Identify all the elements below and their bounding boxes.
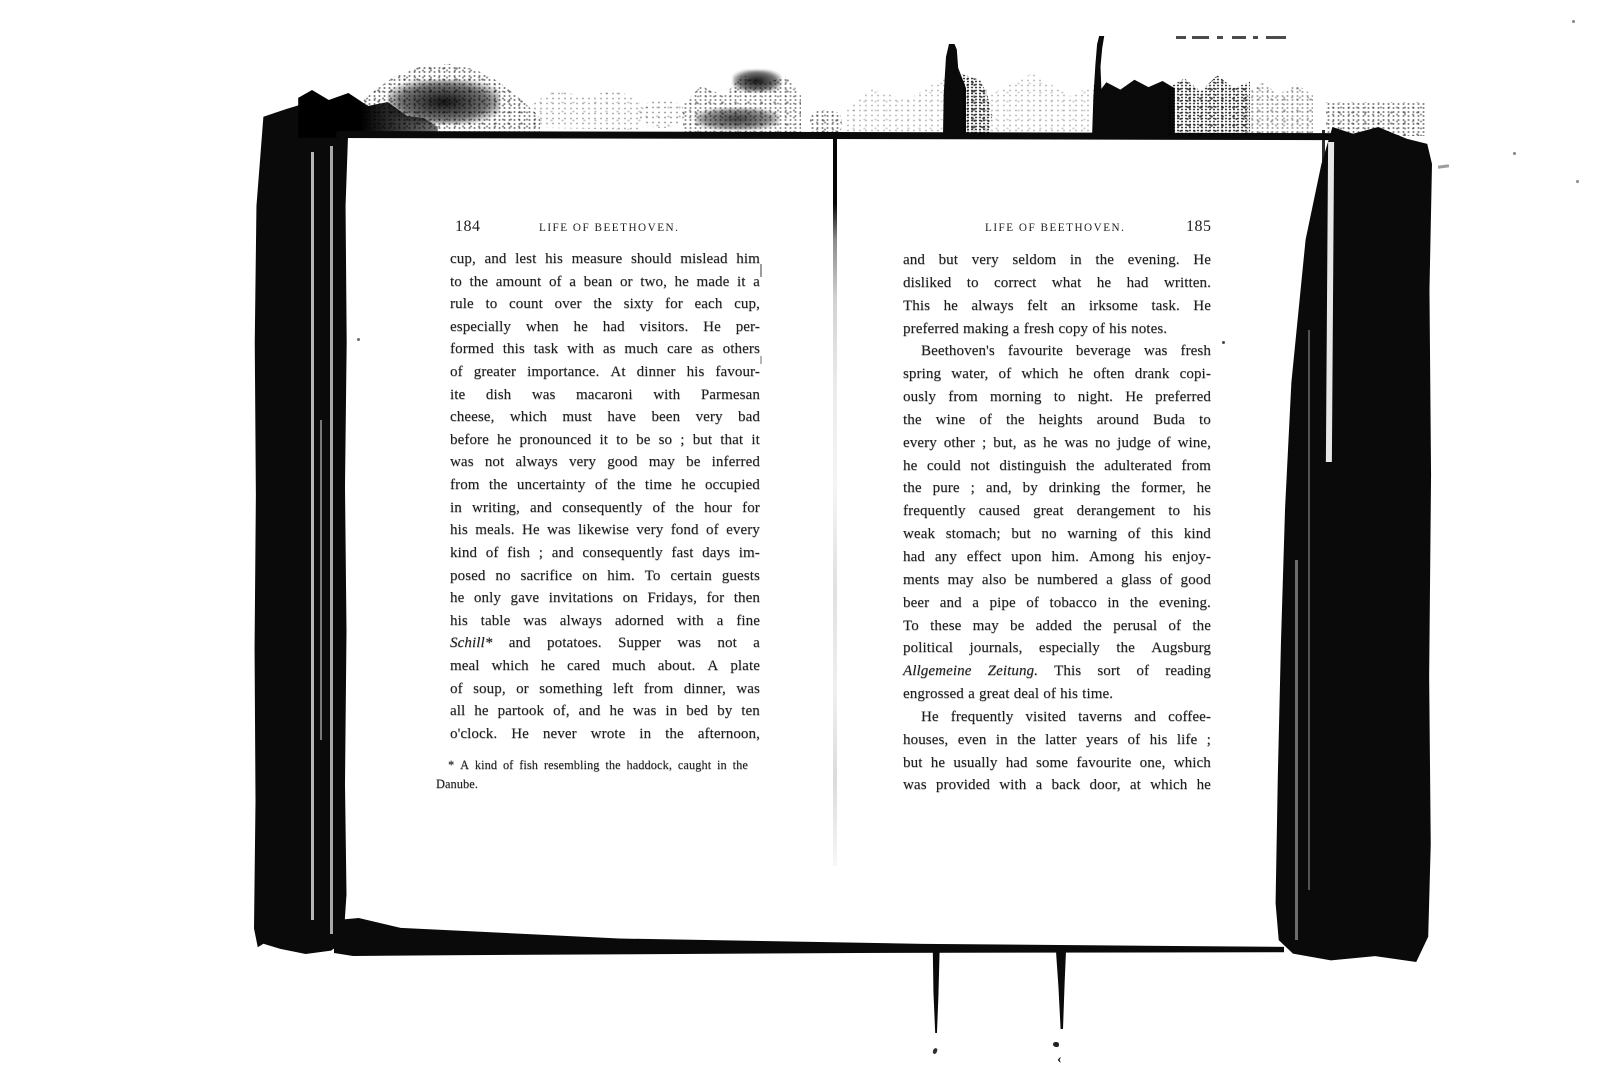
- ink-blot-right-book-edge: [1274, 122, 1432, 962]
- ink-speck: [932, 1048, 938, 1055]
- text-line: Thishealwaysfeltanirksometask.He: [903, 298, 1211, 321]
- ink-speck: [760, 356, 762, 364]
- text-line: Tothesemaybeaddedtheperusalofthe: [903, 618, 1211, 641]
- text-line: Danube.: [436, 777, 748, 796]
- text-line: Beethoven'sfavouritebeveragewasfresh: [903, 343, 1211, 366]
- text-line: hecouldnotdistinguishtheadulteratedfrom: [903, 458, 1211, 481]
- left-page-body: cup,andlesthismeasureshouldmisleadhimtot…: [450, 251, 760, 748]
- text-line: wasnotalwaysverygoodmaybeinferred: [450, 454, 760, 477]
- text-line: mealwhichhecaredmuchabout.Aplate: [450, 658, 760, 681]
- ink-speck: [1576, 180, 1579, 183]
- text-line: itedishwasmacaroniwithParmesan: [450, 387, 760, 410]
- page-edge-streak: [1295, 560, 1298, 940]
- ink-speck: [1222, 341, 1225, 344]
- text-line: weakstomach;butnowarningofthiskind: [903, 526, 1211, 549]
- text-line: engrossedagreatdealofhistime.: [903, 686, 1211, 709]
- page-bottom-edge-line: [334, 918, 1284, 956]
- text-line: *Akindoffishresemblingthehaddock,caughti…: [436, 758, 748, 777]
- ink-speckle-cloud: [1168, 72, 1250, 136]
- text-line: andbutveryseldomintheevening.He: [903, 252, 1211, 275]
- text-line: ouslyfrommorningtonight.Hepreferred: [903, 389, 1211, 412]
- page-edge-streak: [330, 146, 333, 934]
- ink-drip-speckle: [962, 74, 992, 134]
- ink-drip-bottom: [932, 951, 940, 1033]
- text-line: totheamountofabeanortwo,hemadeita: [450, 274, 760, 297]
- text-line: cheese,whichmusthavebeenverybad: [450, 409, 760, 432]
- ink-speck: [1053, 1042, 1059, 1047]
- text-line: allhepartookof,andhewasinbedbyten: [450, 703, 760, 726]
- text-line: springwater,ofwhichheoftendrankcopi-: [903, 366, 1211, 389]
- text-line: histablewasalwaysadornedwithafine: [450, 613, 760, 636]
- text-line: o'clock.Heneverwroteintheafternoon,: [450, 726, 760, 749]
- ink-speckle-core: [388, 80, 500, 124]
- ink-blot-left-book-edge: [254, 104, 348, 954]
- ink-speckle-cloud: [1245, 78, 1313, 136]
- gutter-shadow-line: [833, 138, 837, 866]
- text-line: Hefrequentlyvisitedtavernsandcoffee-: [903, 709, 1211, 732]
- text-line: posednosacrificeonhim.Tocertainguests: [450, 568, 760, 591]
- ink-speckle-core: [733, 70, 781, 92]
- ink-speck: [1438, 164, 1449, 169]
- ink-speck: [1513, 152, 1516, 155]
- right-page-body: andbutveryseldomintheevening.Hedislikedt…: [903, 252, 1211, 800]
- text-line: heonlygaveinvitationsonFridays,forthen: [450, 590, 760, 613]
- text-line: hadanyeffectuponhim.Amonghisenjoy-: [903, 549, 1211, 572]
- text-line: kindoffish;andconsequentlyfastdaysim-: [450, 545, 760, 568]
- text-line: ofsoup,orsomethingleftfromdinner,was: [450, 681, 760, 704]
- text-line: ofgreaterimportance.Atdinnerhisfavour-: [450, 364, 760, 387]
- text-line: AllgemeineZeitung.Thissortofreading: [903, 663, 1211, 686]
- ink-speck: [1572, 20, 1575, 23]
- ink-speckle-core: [695, 108, 779, 130]
- ink-drip-bottom: [1056, 951, 1066, 1029]
- text-line: inwriting,andconsequentlyofthehourfor: [450, 500, 760, 523]
- right-page-header: LIFE OF BEETHOVEN. 185: [903, 218, 1213, 240]
- ink-speck: ‹: [1057, 1052, 1062, 1068]
- text-line: dislikedtocorrectwhathehadwritten.: [903, 275, 1211, 298]
- text-line: beforehepronouncedittobeso;butthatit: [450, 432, 760, 455]
- left-page-number: 184: [455, 218, 481, 236]
- ink-speckle-cloud: [638, 100, 686, 128]
- left-page-footnote: *Akindoffishresemblingthehaddock,caughti…: [436, 758, 748, 796]
- ink-speck: [760, 264, 762, 277]
- text-line: mentsmayalsobenumberedaglassofgood: [903, 572, 1211, 595]
- text-line: thewineoftheheightsaroundBudato: [903, 412, 1211, 435]
- text-line: especiallywhenhehadvisitors.Heper-: [450, 319, 760, 342]
- ink-speckle-cloud: [532, 86, 644, 130]
- text-line: wasprovidedwithabackdoor,atwhichhe: [903, 777, 1211, 800]
- text-line: houses,eveninthelatteryearsofhislife;: [903, 732, 1211, 755]
- text-line: beerandapipeoftobaccointheevening.: [903, 595, 1211, 618]
- text-line: cup,andlesthismeasureshouldmisleadhim: [450, 251, 760, 274]
- text-line: hismeals.Hewaslikewiseveryfondofevery: [450, 522, 760, 545]
- text-line: thepure;and,bydrinkingtheformer,he: [903, 480, 1211, 503]
- text-line: Schill*andpotatoes.Supperwasnota: [450, 635, 760, 658]
- ink-speck: [357, 338, 360, 341]
- right-running-title: LIFE OF BEETHOVEN.: [985, 222, 1125, 234]
- page-edge-line: [1322, 130, 1325, 530]
- right-page-number: 185: [1186, 218, 1212, 236]
- text-line: preferredmakingafreshcopyofhisnotes.: [903, 321, 1211, 344]
- page-edge-streak: [311, 152, 314, 920]
- left-running-title: LIFE OF BEETHOVEN.: [539, 222, 679, 234]
- ink-smudge-top-right: [1097, 76, 1175, 138]
- text-line: fromtheuncertaintyofthetimeheoccupied: [450, 477, 760, 500]
- left-page-header: 184 LIFE OF BEETHOVEN.: [450, 218, 760, 240]
- page-edge-streak: [320, 420, 322, 740]
- page-edge-streak: [1308, 330, 1310, 890]
- text-line: ruletocountoverthesixtyforeachcup,: [450, 296, 760, 319]
- text-line: everyother;but,ashewasnojudgeofwine,: [903, 435, 1211, 458]
- text-line: frequentlycausedgreatderangementtohis: [903, 503, 1211, 526]
- ink-dash-marks: [1176, 36, 1286, 39]
- text-line: politicaljournals,especiallytheAugsburg: [903, 640, 1211, 663]
- text-line: formedthistaskwithasmuchcareasothers: [450, 341, 760, 364]
- text-line: butheusuallyhadsomefavouriteone,which: [903, 755, 1211, 778]
- book-scan-page: ‹ 184 LIFE OF BEETHOVEN. cup,andlesthism…: [0, 0, 1600, 1088]
